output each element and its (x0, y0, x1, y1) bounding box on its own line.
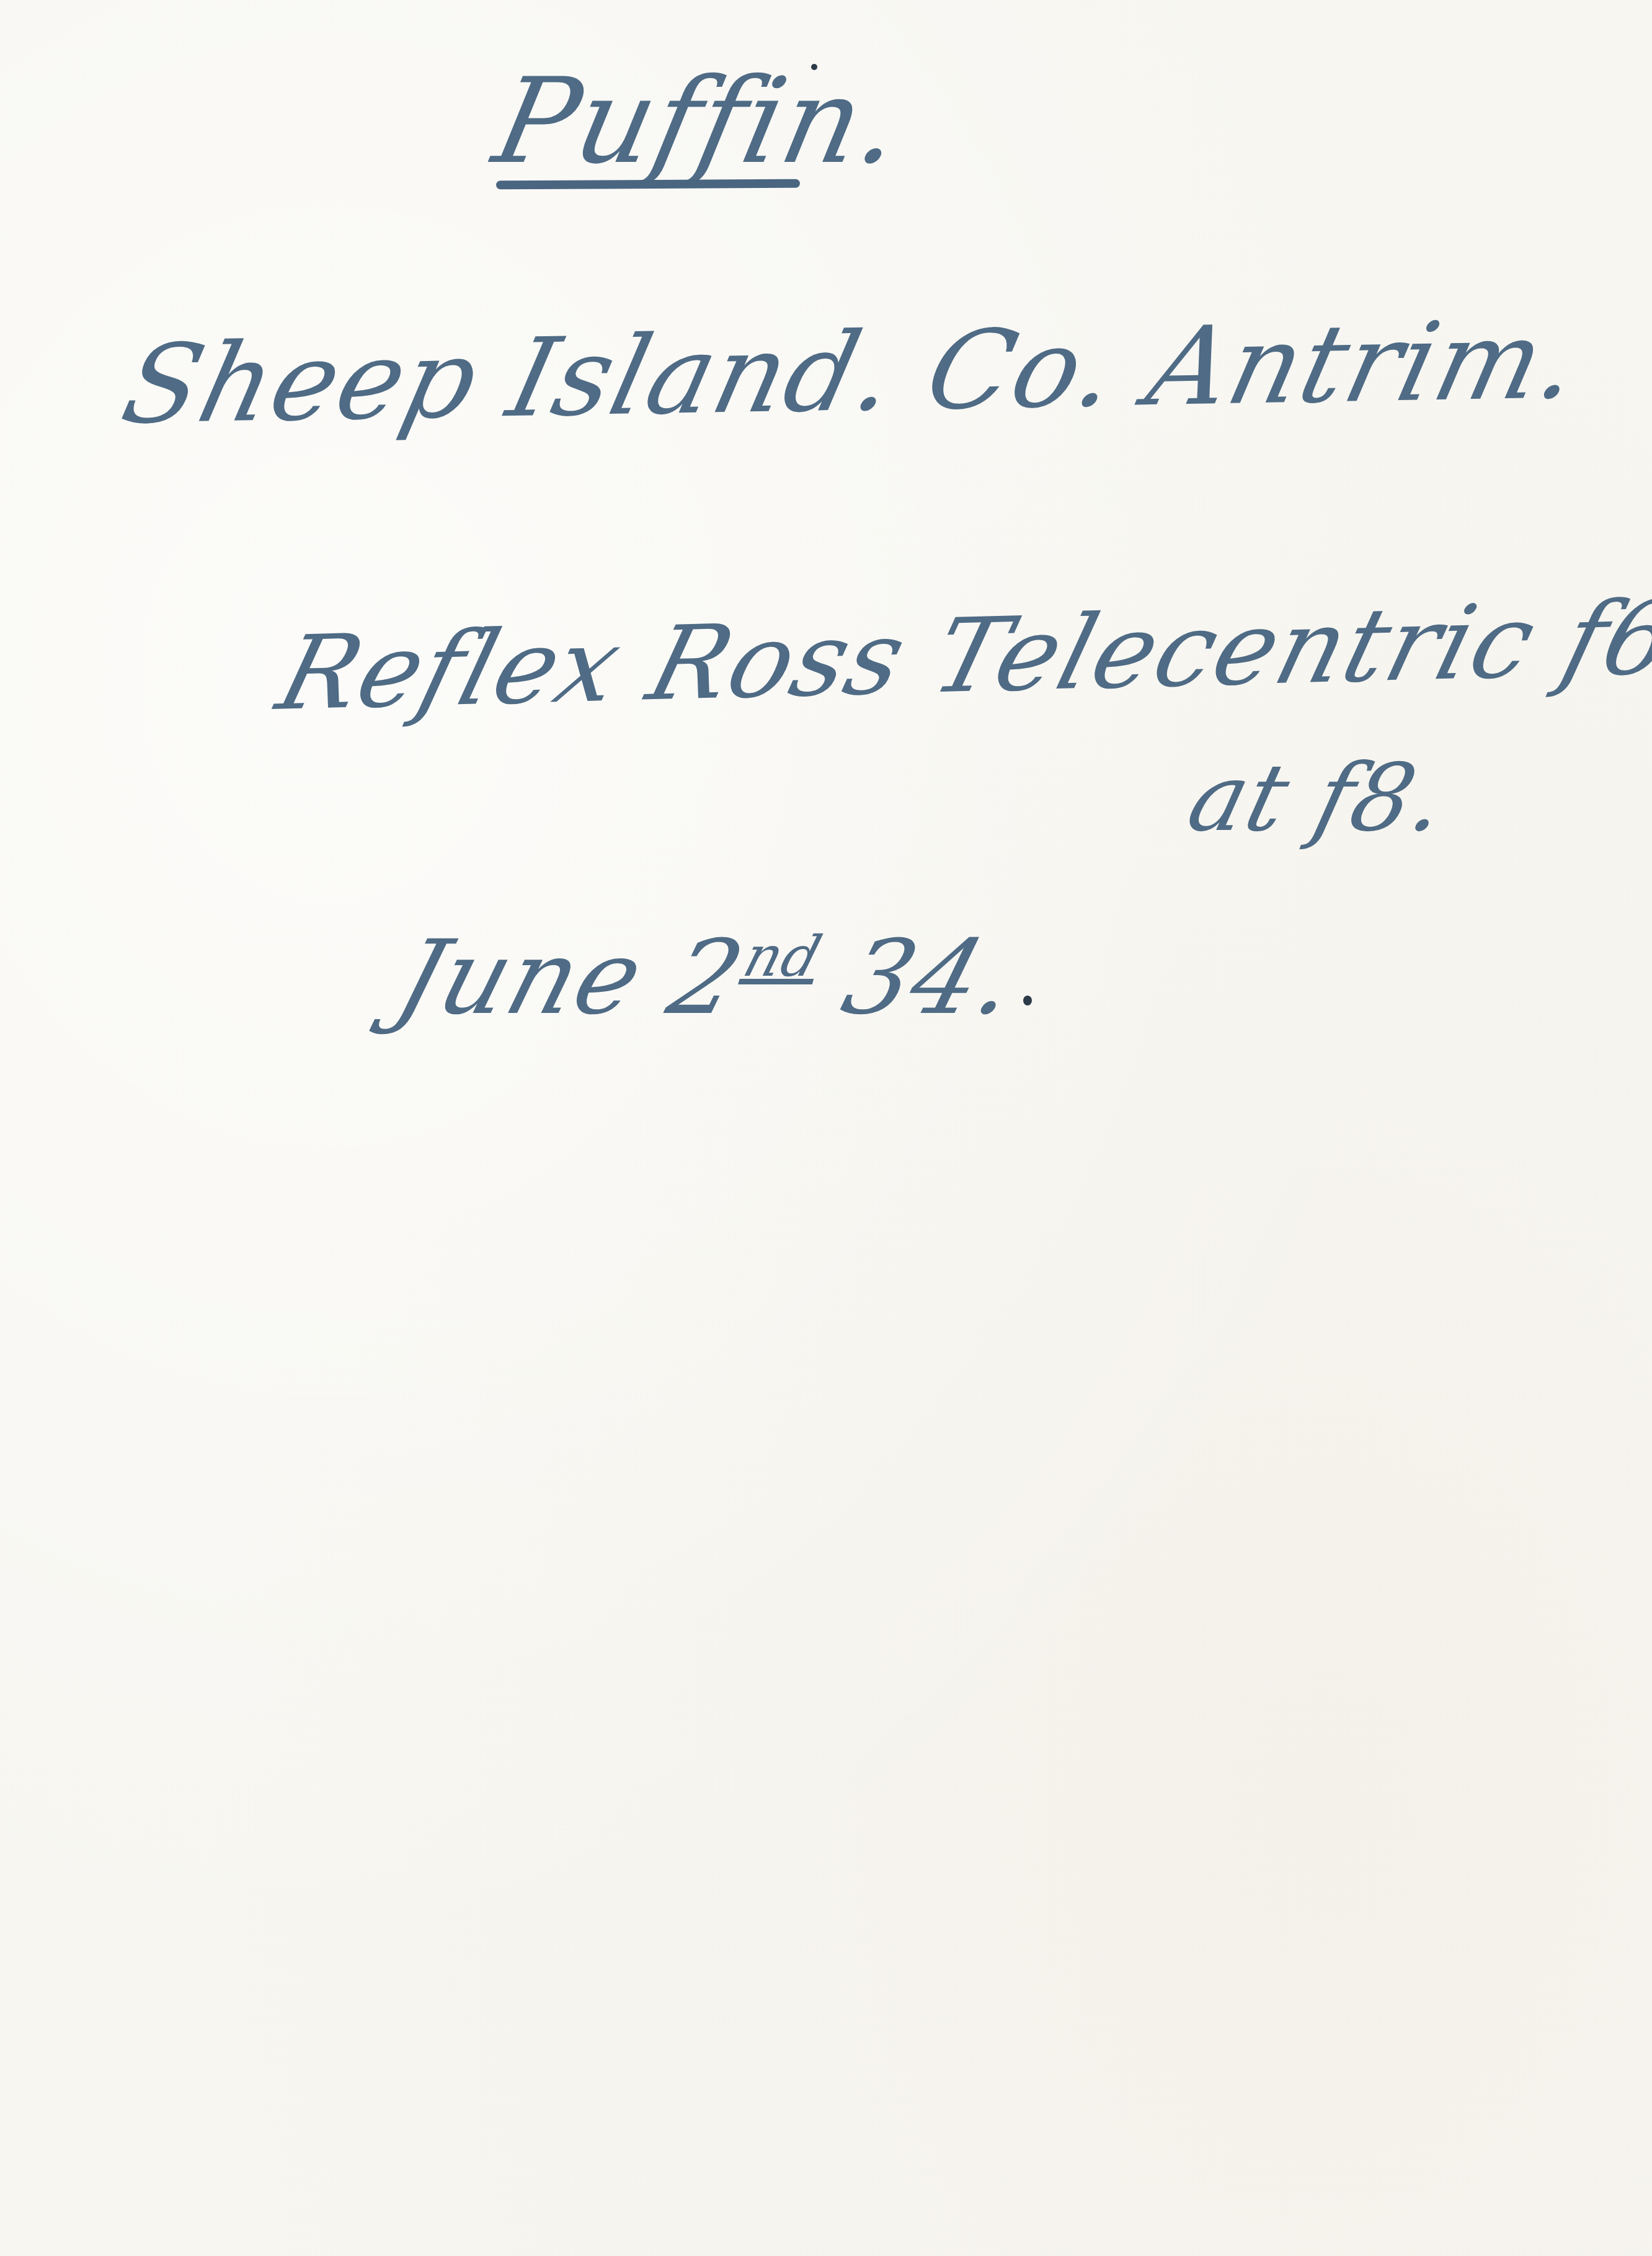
title-puffin: Puffin. (484, 53, 915, 190)
aperture-line: at f8. (1178, 744, 1458, 852)
date-year: 34. (797, 918, 1031, 1037)
date-day: June 2 (384, 918, 757, 1037)
ink-speck (811, 64, 817, 70)
location-line: Sheep Island. Co. Antrim. (112, 297, 1592, 448)
title-underline (496, 179, 800, 190)
date-line: June 2nd 34. (384, 918, 1031, 1037)
ink-blot (1023, 996, 1032, 1005)
